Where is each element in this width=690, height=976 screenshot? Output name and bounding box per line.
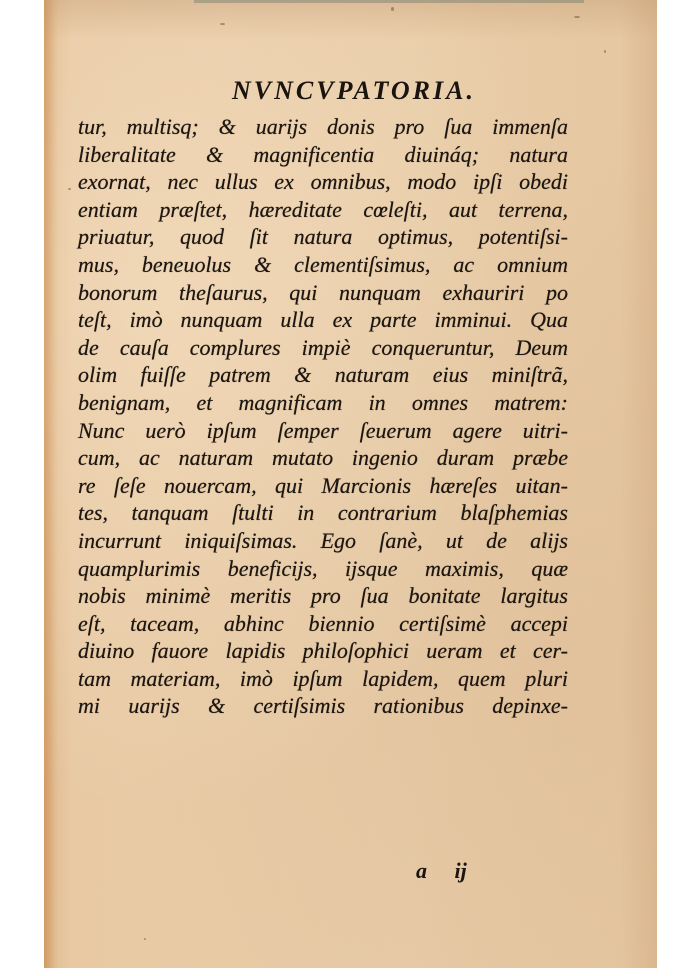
scanned-page: NVNCVPATORIA. tur, multisq; & uarijs don…: [44, 0, 657, 968]
paper-speck: [68, 188, 71, 190]
page-header-title: NVNCVPATORIA.: [184, 76, 524, 106]
text-line: nobis minimè meritis pro ſua bonitate la…: [78, 582, 568, 610]
text-line: exornat, nec ullus ex omnibus, modo ipſi…: [78, 168, 568, 196]
paper-speck: [220, 23, 225, 25]
text-line: de cauſa complures impiè conqueruntur, D…: [78, 334, 568, 362]
text-line: quamplurimis beneficijs, ijsque maximis,…: [78, 555, 568, 583]
text-line: priuatur, quod ſit natura optimus, poten…: [78, 223, 568, 251]
text-line: olim fuiſſe patrem & naturam eius miniſt…: [78, 361, 568, 389]
text-line: mi uarijs & certiſsimis rationibus depin…: [78, 692, 568, 720]
text-line: Nunc uerò ipſum ſemper ſeuerum agere uit…: [78, 417, 568, 445]
text-line: cum, ac naturam mutato ingenio duram præ…: [78, 444, 568, 472]
text-line: incurrunt iniquiſsimas. Ego ſanè, ut de …: [78, 527, 568, 555]
signature-mark: a ij: [416, 858, 467, 884]
paper-speck: [604, 50, 606, 53]
text-line: teſt, imò nunquam ulla ex parte imminui.…: [78, 306, 568, 334]
text-line: tes, tanquam ſtulti in contrarium blaſph…: [78, 499, 568, 527]
body-text: tur, multisq; & uarijs donis pro ſua imm…: [78, 113, 568, 720]
text-line: entiam præſtet, hæreditate cœleſti, aut …: [78, 196, 568, 224]
text-line: eſt, taceam, abhinc biennio certiſsimè a…: [78, 610, 568, 638]
text-line: re ſeſe nouercam, qui Marcionis hæreſes …: [78, 472, 568, 500]
paper-speck: [391, 7, 394, 11]
paper-speck: [144, 938, 146, 940]
paper-speck: [574, 16, 580, 18]
text-line: tur, multisq; & uarijs donis pro ſua imm…: [78, 113, 568, 141]
page-top-stain: [194, 0, 584, 3]
text-line: mus, beneuolus & clementiſsimus, ac omni…: [78, 251, 568, 279]
text-line: bonorum theſaurus, qui nunquam exhauriri…: [78, 279, 568, 307]
text-line: tam materiam, imò ipſum lapidem, quem pl…: [78, 665, 568, 693]
text-line: diuino fauore lapidis philoſophici ueram…: [78, 637, 568, 665]
document-viewer: NVNCVPATORIA. tur, multisq; & uarijs don…: [0, 0, 690, 976]
text-line: benignam, et magnificam in omnes matrem:: [78, 389, 568, 417]
text-line: liberalitate & magnificentia diuináq; na…: [78, 141, 568, 169]
